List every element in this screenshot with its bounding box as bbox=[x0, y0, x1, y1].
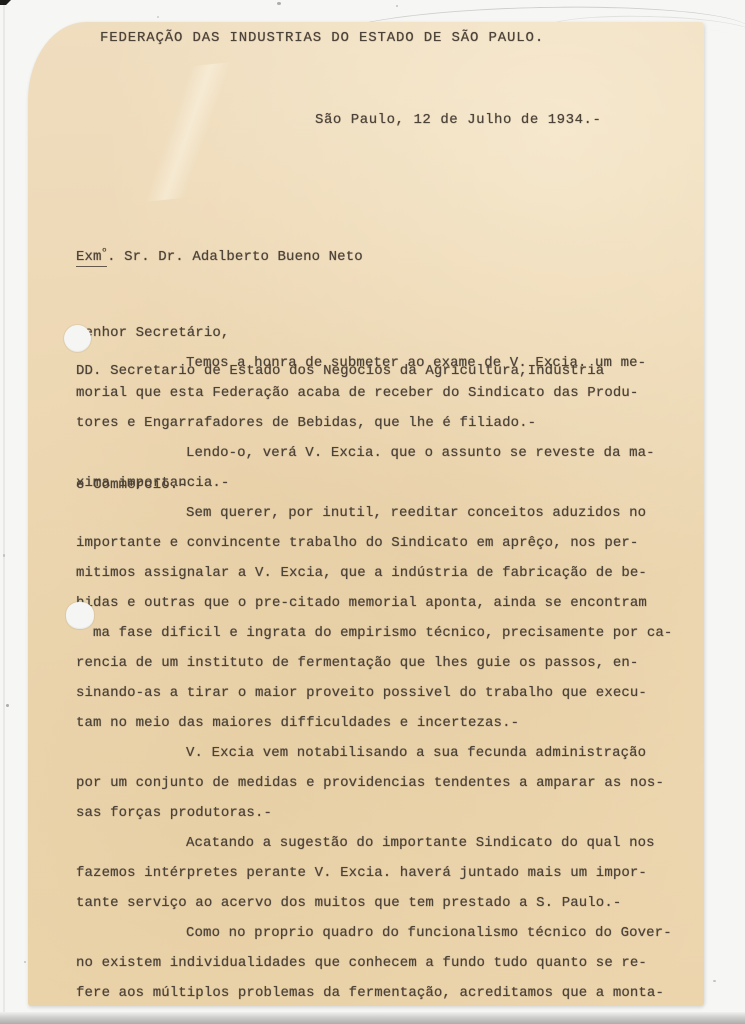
scanner-bottom-band bbox=[0, 1012, 745, 1024]
letter-body-line: Lendo-o, verá V. Excia. que o assunto se… bbox=[76, 438, 672, 468]
letter-body-line: fere aos múltiplos problemas da fermenta… bbox=[76, 978, 672, 1008]
letter-body-line: xima importancia.- bbox=[76, 468, 672, 498]
scanner-corner-mark bbox=[0, 0, 11, 5]
scan-speck bbox=[3, 554, 5, 557]
letter-body-line: fazemos intérpretes perante V. Excia. ha… bbox=[76, 858, 672, 888]
honorific-abbrev: Exm bbox=[76, 249, 102, 265]
letter-body-line: sas forças produtoras.- bbox=[76, 798, 672, 828]
letter-body-line: mitimos assignalar a V. Excia, que a ind… bbox=[76, 558, 672, 588]
scan-speck bbox=[396, 5, 398, 7]
letter-body-line: Acatando a sugestão do importante Sindic… bbox=[76, 828, 672, 858]
letter-body-line: tores e Engarrafadores de Bebidas, que l… bbox=[76, 408, 672, 438]
scan-edge-line bbox=[3, 0, 5, 1024]
letter-body-line: Sem querer, por inutil, reeditar conceit… bbox=[76, 498, 672, 528]
recipient-line-1: Exmº. Sr. Dr. Adalberto Bueno Neto bbox=[76, 238, 604, 276]
letter-body-line: bidas e outras que o pre-citado memorial… bbox=[76, 588, 672, 618]
scan-speck bbox=[277, 2, 281, 5]
letter-body-line: tante serviço ao acervo dos muitos que t… bbox=[76, 888, 672, 918]
letter-body-line: Como no proprio quadro do funcionalismo … bbox=[76, 918, 672, 948]
letter-body-line: ma fase dificil e ingrata do empirismo t… bbox=[76, 618, 672, 648]
letter-body-line: Temos a honra de submeter ao exame de V.… bbox=[76, 348, 672, 378]
paper-sheet: FEDERAÇÃO DAS INDUSTRIAS DO ESTADO DE SÃ… bbox=[28, 22, 704, 1006]
letter-body-line: sinando-as a tirar o maior proveito poss… bbox=[76, 678, 672, 708]
scan-speck bbox=[24, 961, 26, 963]
scan-speck bbox=[713, 980, 716, 982]
letter-body-line: morial que esta Federação acaba de receb… bbox=[76, 378, 672, 408]
scan-speck bbox=[6, 704, 9, 707]
dateline: São Paulo, 12 de Julho de 1934.- bbox=[315, 110, 601, 130]
letter-body: Senhor Secretário,Temos a honra de subme… bbox=[76, 318, 672, 1008]
letter-body-line: V. Excia vem notabilisando a sua fecunda… bbox=[76, 738, 672, 768]
punch-hole-top bbox=[64, 325, 91, 352]
letter-body-line: rencia de um instituto de fermentação qu… bbox=[76, 648, 672, 678]
letterhead-title: FEDERAÇÃO DAS INDUSTRIAS DO ESTADO DE SÃ… bbox=[100, 28, 544, 48]
letter-body-line: importante e convincente trabalho do Sin… bbox=[76, 528, 672, 558]
letter-body-line: no existem individualidades que conhecem… bbox=[76, 948, 672, 978]
letter-body-line: Senhor Secretário, bbox=[76, 318, 672, 348]
letter-body-line: por um conjunto de medidas e providencia… bbox=[76, 768, 672, 798]
punch-hole-bottom bbox=[66, 602, 94, 629]
letter-body-line: tam no meio das maiores difficuldades e … bbox=[76, 708, 672, 738]
scanned-letter: FEDERAÇÃO DAS INDUSTRIAS DO ESTADO DE SÃ… bbox=[0, 0, 745, 1024]
recipient-name: . Sr. Dr. Adalberto Bueno Neto bbox=[107, 249, 363, 265]
scan-speck bbox=[157, 16, 159, 18]
